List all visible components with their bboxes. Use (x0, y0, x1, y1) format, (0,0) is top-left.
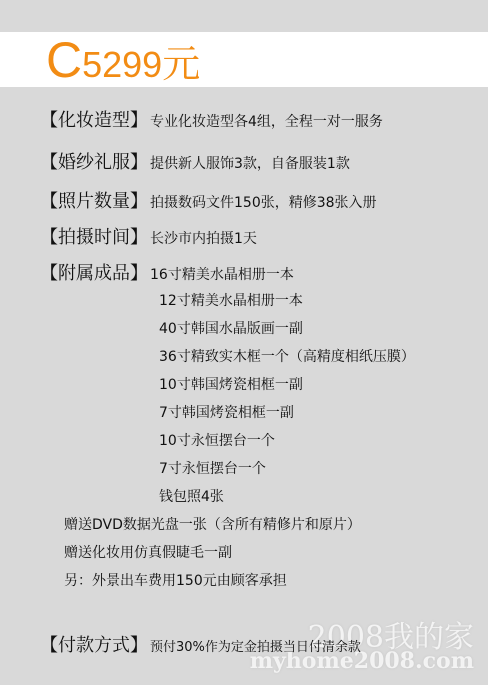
product-item: 36寸精致实木框一个（高精度相纸压膜） (159, 346, 415, 366)
section-products: 【附属成品】16寸精美水晶相册一本 (40, 259, 294, 285)
product-item: 10寸韩国烤瓷相框一副 (159, 374, 303, 394)
price-number: 5299 (82, 44, 162, 85)
section-label: 【化妆造型】 (40, 110, 148, 131)
section-dress: 【婚纱礼服】提供新人服饰3款，自备服装1款 (40, 148, 350, 174)
section-shoot-time: 【拍摄时间】长沙市内拍摄1天 (40, 223, 257, 249)
section-label: 【婚纱礼服】 (40, 152, 148, 173)
extra-eyelashes: 赠送化妆用仿真假睫毛一副 (64, 542, 232, 562)
price-unit: 元 (162, 42, 200, 86)
section-value: 拍摄数码文件150张，精修38张入册 (150, 195, 377, 211)
extra-dvd: 赠送DVD数据光盘一张（含所有精修片和原片） (64, 514, 361, 534)
package-price: C5299元 (46, 34, 200, 99)
product-item: 12寸精美水晶相册一本 (159, 290, 303, 310)
section-payment: 【付款方式】预付30%作为定金拍摄当日付清余款 (40, 631, 361, 657)
section-value: 长沙市内拍摄1天 (150, 231, 257, 247)
section-photo-count: 【照片数量】拍摄数码文件150张，精修38张入册 (40, 187, 377, 213)
section-label: 【付款方式】 (40, 635, 148, 656)
section-label: 【拍摄时间】 (40, 227, 148, 248)
section-value: 16寸精美水晶相册一本 (150, 267, 294, 283)
product-item: 7寸永恒摆台一个 (159, 458, 266, 478)
product-item: 40寸韩国水晶版画一副 (159, 318, 303, 338)
product-item: 钱包照4张 (159, 486, 224, 506)
section-value: 提供新人服饰3款，自备服装1款 (150, 156, 350, 172)
section-label: 【附属成品】 (40, 263, 148, 284)
extra-note: 另：外景出车费用150元由顾客承担 (64, 570, 287, 590)
section-value: 预付30%作为定金拍摄当日付清余款 (150, 640, 361, 655)
product-item: 7寸韩国烤瓷相框一副 (159, 402, 294, 422)
product-item: 10寸永恒摆台一个 (159, 430, 275, 450)
section-makeup: 【化妆造型】专业化妆造型各4组，全程一对一服务 (40, 106, 383, 132)
section-label: 【照片数量】 (40, 191, 148, 212)
section-value: 专业化妆造型各4组，全程一对一服务 (150, 114, 383, 130)
price-prefix: C (46, 32, 82, 88)
